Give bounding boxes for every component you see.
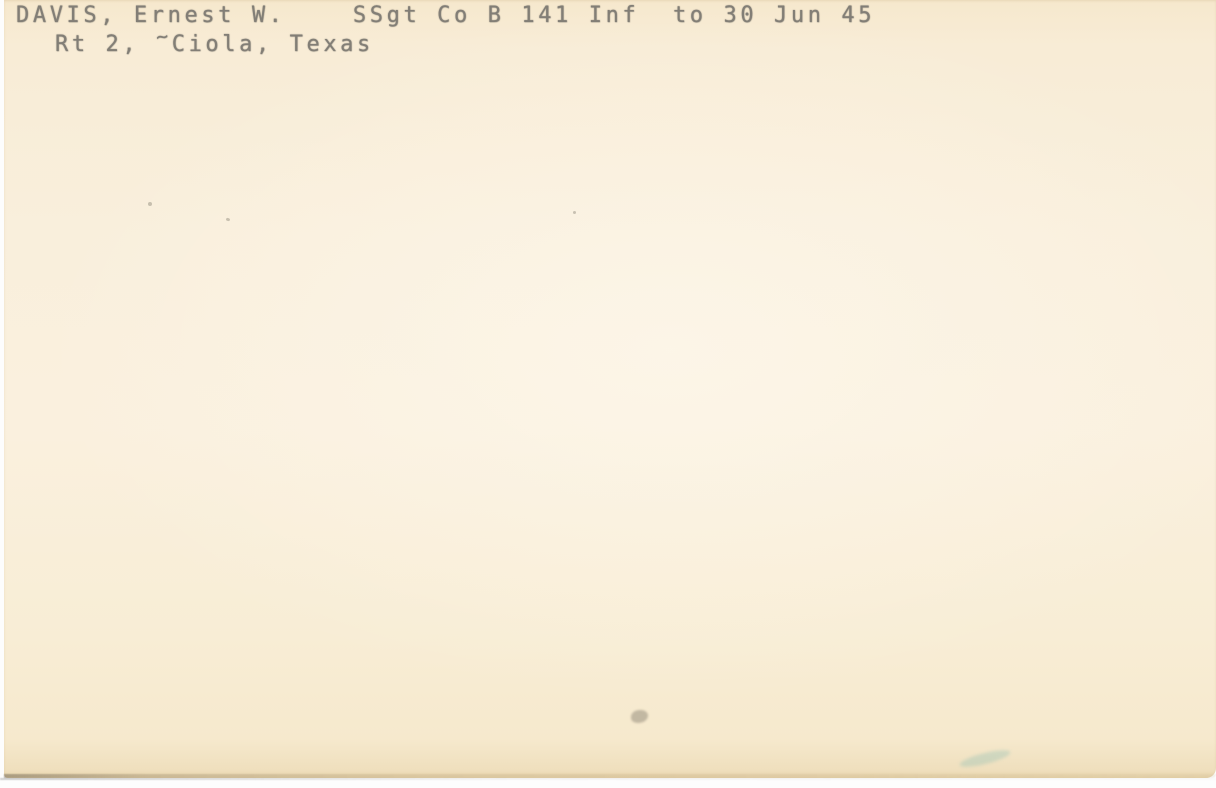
typed-correction-mark: ~ <box>154 21 173 51</box>
card-line-address: Rt 2, ~Ciola, Texas <box>55 30 374 59</box>
scanned-index-card-image: DAVIS, Ernest W. SSgt Co B 141 Inf to 30… <box>0 0 1216 788</box>
address-prefix: Rt 2, <box>55 32 156 57</box>
ink-speck <box>148 202 152 206</box>
scan-edge-shadow <box>0 778 1216 780</box>
ink-speck <box>226 217 231 221</box>
ink-speck <box>573 211 576 214</box>
gray-smudge <box>631 710 648 723</box>
card-line-name-rank-unit: DAVIS, Ernest W. SSgt Co B 141 Inf to 30… <box>16 2 875 30</box>
address-rest: Ciola, Texas <box>172 32 374 57</box>
index-card: DAVIS, Ernest W. SSgt Co B 141 Inf to 30… <box>4 0 1216 778</box>
teal-smudge <box>958 747 1011 770</box>
